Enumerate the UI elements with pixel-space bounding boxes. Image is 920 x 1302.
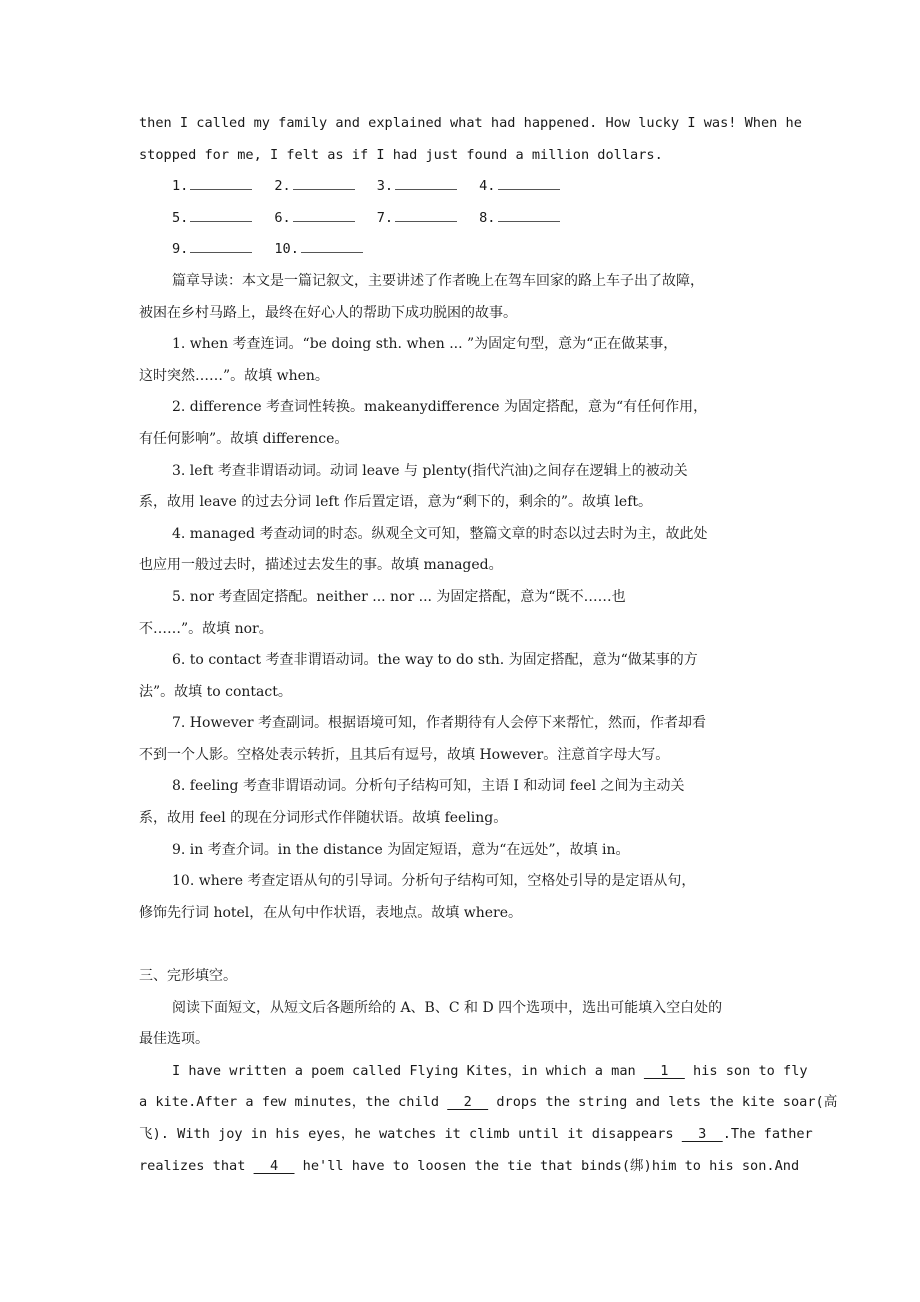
cloze-passage-line: 飞). With joy in his eyes，he watches it c… xyxy=(139,1119,789,1151)
explanation-line: 6. to contact 考查非谓语动词。the way to do sth.… xyxy=(139,645,789,677)
cloze-blank-1[interactable]: 1 xyxy=(644,1063,685,1079)
explanation-line: 10. where 考查定语从句的引导词。分析句子结构可知，空格处引导的是定语从… xyxy=(139,866,789,898)
answer-blank[interactable]: 7. xyxy=(377,203,457,235)
explanation-item: 1. when 考查连词。“be doing sth. when ... ”为固… xyxy=(139,329,789,392)
cloze-passage-line: I have written a poem called Flying Kite… xyxy=(139,1056,789,1088)
answer-blank[interactable]: 1. xyxy=(172,171,252,203)
explanation-line: 7. However 考查副词。根据语境可知，作者期待有人会停下来帮忙，然而，作… xyxy=(139,708,789,740)
cloze-blank-3[interactable]: 3 xyxy=(682,1126,723,1142)
instruction-line: 最佳选项。 xyxy=(139,1024,789,1056)
explanation-line: 有任何影响”。故填 difference。 xyxy=(139,424,789,456)
explanation-item: 7. However 考查副词。根据语境可知，作者期待有人会停下来帮忙，然而，作… xyxy=(139,708,789,771)
explanation-line: 2. difference 考查词性转换。makeanydifference 为… xyxy=(139,392,789,424)
explanation-line: 系，故用 feel 的现在分词形式作伴随状语。故填 feeling。 xyxy=(139,803,789,835)
explanation-line: 这时突然……”。故填 when。 xyxy=(139,361,789,393)
answer-blank[interactable]: 10. xyxy=(274,234,363,266)
explanation-line: 9. in 考查介词。in the distance 为固定短语，意为“在远处”… xyxy=(139,835,789,867)
explanation-line: 也应用一般过去时，描述过去发生的事。故填 managed。 xyxy=(139,550,789,582)
instruction-line: 阅读下面短文，从短文后各题所给的 A、B、C 和 D 四个选项中，选出可能填入空… xyxy=(139,993,789,1025)
answer-blank[interactable]: 6. xyxy=(274,203,354,235)
answer-blank[interactable]: 9. xyxy=(172,234,252,266)
spacer xyxy=(139,929,789,961)
cloze-passage-line: realizes that 4 he'll have to loosen the… xyxy=(139,1151,789,1183)
explanation-line: 3. left 考查非谓语动词。动词 leave 与 plenty(指代汽油)之… xyxy=(139,456,789,488)
explanation-item: 2. difference 考查词性转换。makeanydifference 为… xyxy=(139,392,789,455)
explanation-line: 4. managed 考查动词的时态。纵观全文可知，整篇文章的时态以过去时为主，… xyxy=(139,519,789,551)
explanation-item: 4. managed 考查动词的时态。纵观全文可知，整篇文章的时态以过去时为主，… xyxy=(139,519,789,582)
cloze-passage-line: a kite.After a few minutes，the child 2 d… xyxy=(139,1087,789,1119)
explanation-item: 5. nor 考查固定搭配。neither ... nor ... 为固定搭配，… xyxy=(139,582,789,645)
explanation-line: 系，故用 leave 的过去分词 left 作后置定语，意为“剩下的，剩余的”。… xyxy=(139,487,789,519)
document-page: then I called my family and explained wh… xyxy=(139,108,789,1182)
explanation-line: 5. nor 考查固定搭配。neither ... nor ... 为固定搭配，… xyxy=(139,582,789,614)
explanation-item: 9. in 考查介词。in the distance 为固定短语，意为“在远处”… xyxy=(139,835,789,867)
answer-blanks-row: 9.10. xyxy=(139,234,789,266)
answer-blank[interactable]: 2. xyxy=(274,171,354,203)
explanation-line: 1. when 考查连词。“be doing sth. when ... ”为固… xyxy=(139,329,789,361)
explanation-line: 8. feeling 考查非谓语动词。分析句子结构可知，主语 I 和动词 fee… xyxy=(139,771,789,803)
passage-line: stopped for me, I felt as if I had just … xyxy=(139,140,789,172)
section-heading: 三、完形填空。 xyxy=(139,961,789,993)
explanation-item: 6. to contact 考查非谓语动词。the way to do sth.… xyxy=(139,645,789,708)
answer-blanks-row: 1.2.3.4. xyxy=(139,171,789,203)
explanation-line: 不到一个人影。空格处表示转折，且其后有逗号，故填 However。注意首字母大写… xyxy=(139,740,789,772)
answer-blank[interactable]: 8. xyxy=(479,203,559,235)
guide-line: 篇章导读：本文是一篇记叙文，主要讲述了作者晚上在驾车回家的路上车子出了故障， xyxy=(139,266,789,298)
answer-blank[interactable]: 3. xyxy=(377,171,457,203)
explanation-line: 法”。故填 to contact。 xyxy=(139,677,789,709)
passage-line: then I called my family and explained wh… xyxy=(139,108,789,140)
explanation-item: 3. left 考查非谓语动词。动词 leave 与 plenty(指代汽油)之… xyxy=(139,456,789,519)
guide-line: 被困在乡村马路上，最终在好心人的帮助下成功脱困的故事。 xyxy=(139,298,789,330)
explanation-item: 8. feeling 考查非谓语动词。分析句子结构可知，主语 I 和动词 fee… xyxy=(139,771,789,834)
explanation-line: 修饰先行词 hotel，在从句中作状语，表地点。故填 where。 xyxy=(139,898,789,930)
explanation-item: 10. where 考查定语从句的引导词。分析句子结构可知，空格处引导的是定语从… xyxy=(139,866,789,929)
cloze-blank-2[interactable]: 2 xyxy=(447,1094,488,1110)
explanation-line: 不……”。故填 nor。 xyxy=(139,614,789,646)
answer-blanks-row: 5.6.7.8. xyxy=(139,203,789,235)
answer-blank[interactable]: 5. xyxy=(172,203,252,235)
answer-blank[interactable]: 4. xyxy=(479,171,559,203)
cloze-blank-4[interactable]: 4 xyxy=(254,1158,295,1174)
